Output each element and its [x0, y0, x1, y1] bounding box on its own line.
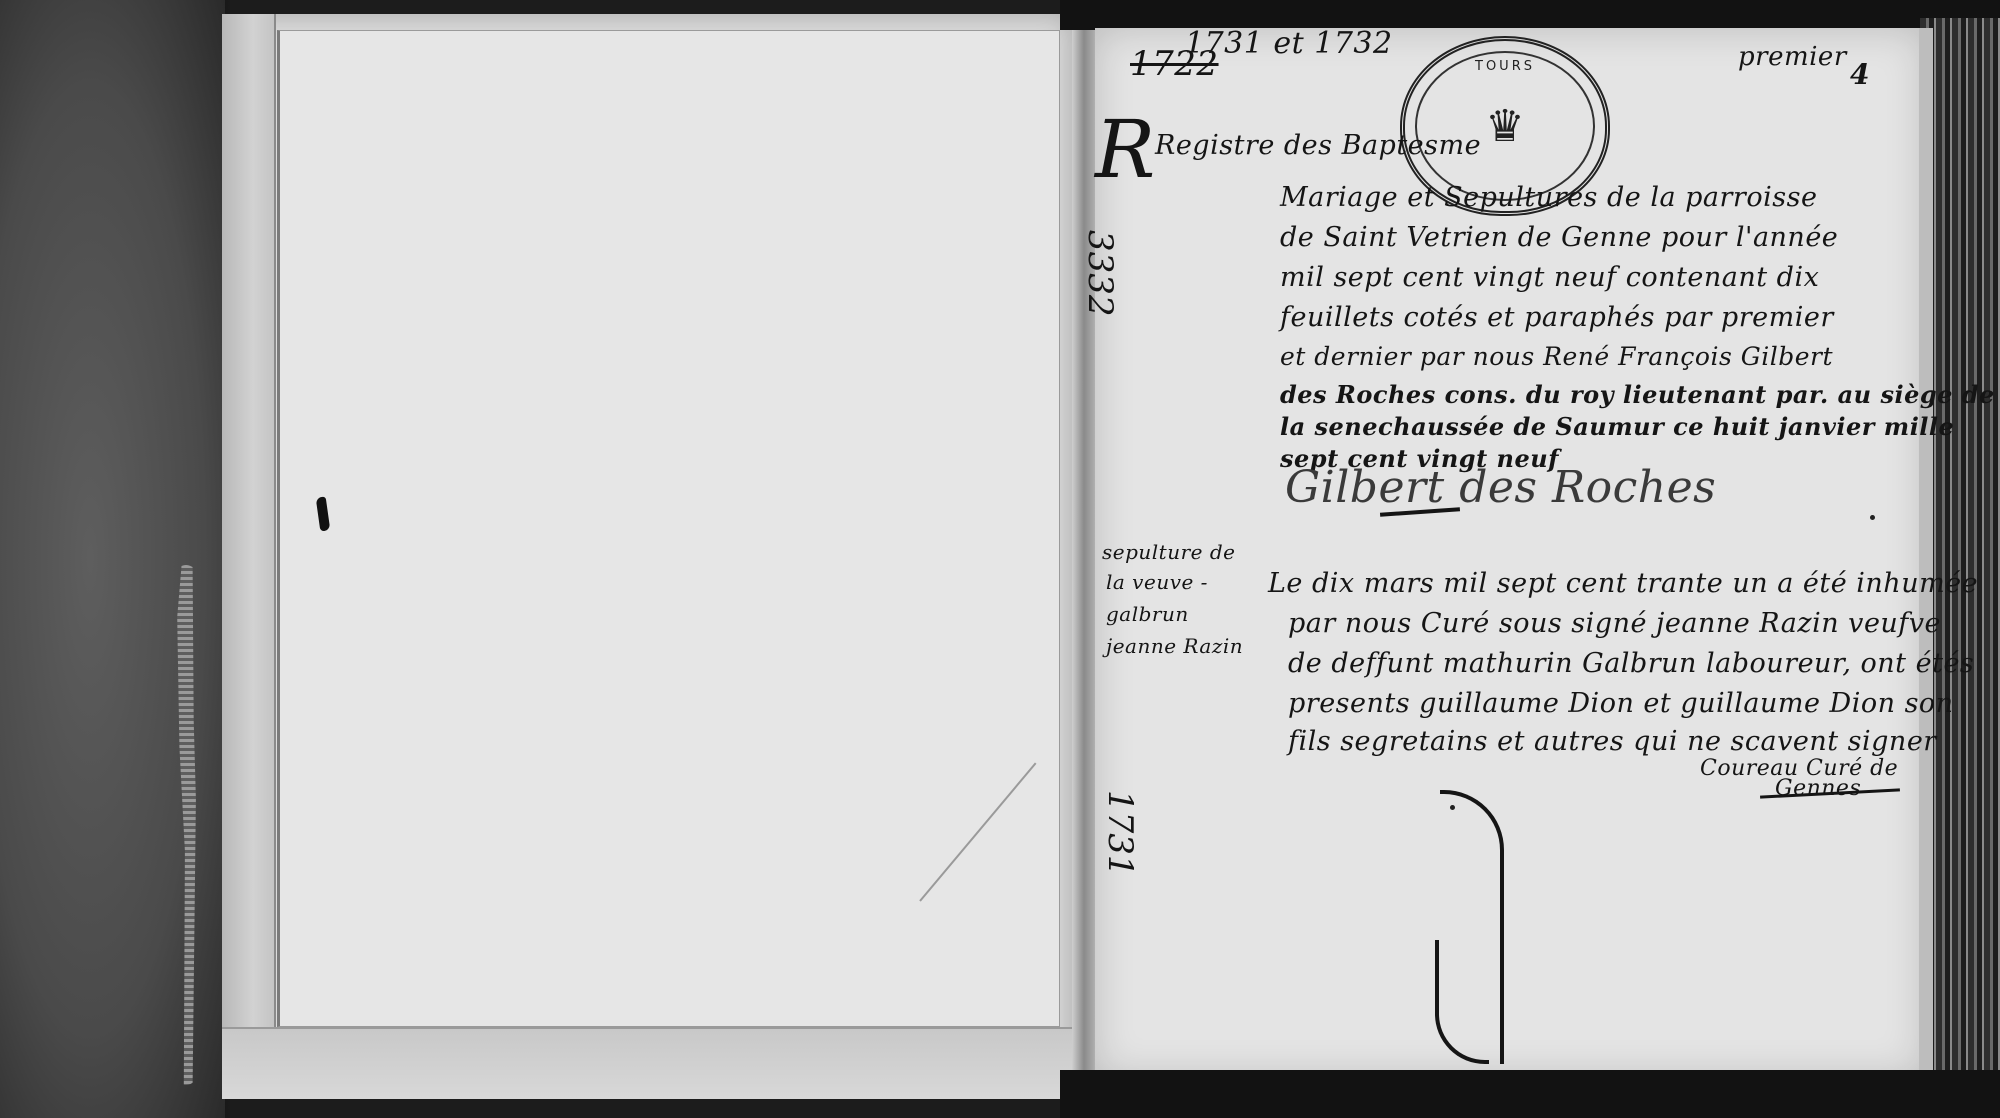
seal-inscription: TOURS: [1405, 59, 1605, 74]
margin-note-line: la veuve -: [1106, 570, 1208, 594]
margin-note-line: galbrun: [1106, 602, 1189, 626]
title-line: de Saint Vetrien de Genne pour l'année: [1280, 222, 1838, 253]
title-line: la senechaussée de Saumur ce huit janvie…: [1280, 412, 1954, 441]
title-line: feuillets cotés et paraphés par premier: [1280, 302, 1834, 333]
margin-note-line: jeanne Razin: [1106, 634, 1243, 658]
registrar-signature: Gilbert des Roches: [1285, 462, 1716, 513]
ink-speck: [1870, 515, 1875, 520]
left-page: [222, 14, 1072, 1099]
entry-line: de deffunt mathurin Galbrun laboureur, o…: [1288, 648, 1974, 679]
left-page-blank-sheet: [277, 30, 1060, 1027]
crown-icon: ♛: [1485, 101, 1524, 152]
title-line: des Roches cons. du roy lieutenant par. …: [1280, 380, 1995, 409]
folio-label: premier: [1738, 42, 1847, 72]
title-line: Registre des Baptesme: [1155, 130, 1481, 161]
margin-note-line: sepulture de: [1102, 540, 1236, 564]
bottom-shadow: [1060, 1070, 2000, 1118]
title-line: Mariage et Sepultures de la parroisse: [1280, 182, 1817, 213]
priest-signature-line: Gennes: [1775, 776, 1861, 801]
title-line: mil sept cent vingt neuf contenant dix: [1280, 262, 1819, 293]
title-line: et dernier par nous René François Gilber…: [1280, 342, 1833, 371]
ink-speck: [1450, 805, 1455, 810]
entry-line: par nous Curé sous signé jeanne Razin ve…: [1288, 608, 1941, 639]
entry-line: presents guillaume Dion et guillaume Dio…: [1288, 688, 1954, 719]
left-page-bottom-flap: [222, 1027, 1072, 1099]
folio-number: 4: [1850, 58, 1870, 91]
margin-number-bottom: 1731: [1100, 790, 1140, 877]
decorative-capital: R: [1095, 103, 1155, 196]
margin-number-top: 3332: [1080, 230, 1120, 317]
year-range: 1731 et 1732: [1185, 26, 1393, 61]
left-page-fold: [222, 14, 276, 1099]
entry-line: fils segretains et autres qui ne scavent…: [1288, 726, 1937, 757]
page-edge-light: [1919, 28, 1933, 1078]
entry-line: Le dix mars mil sept cent trante un a ét…: [1268, 568, 1978, 599]
